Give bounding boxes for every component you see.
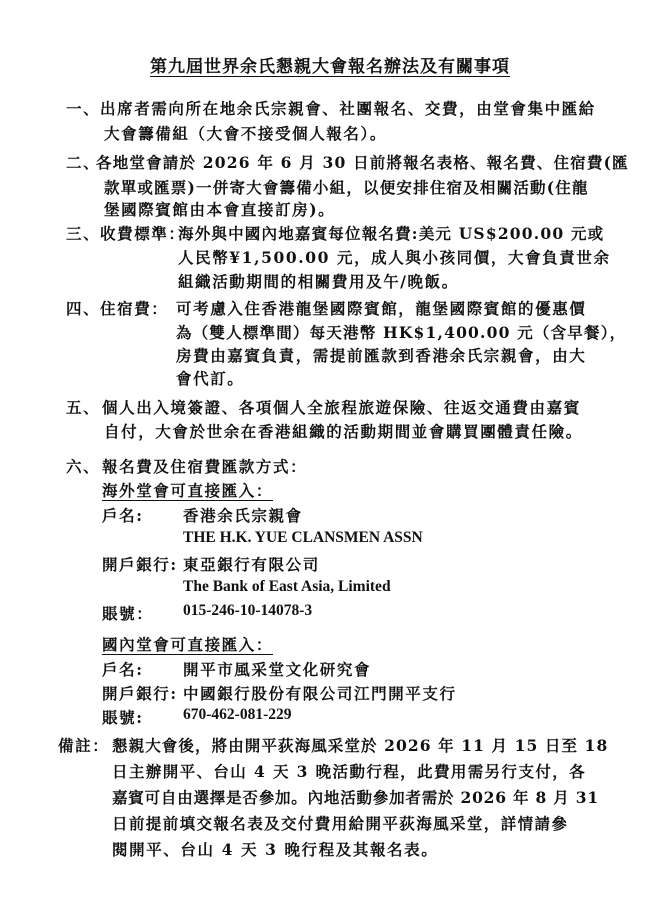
domestic-bank-zh: 中國銀行股份有限公司江門開平支行 [183,682,457,704]
remarks-line-3: 嘉賓可自由選擇是否參加。內地活動參加者需於 2026 年 8 月 31 [112,786,599,808]
remarks-label: 備註： [58,734,109,756]
domestic-heading: 國內堂會可直接匯入： [102,633,273,655]
document-page: 第九屆世界余氏懇親大會報名辦法及有關事項 一、 出席者需向所在地余氏宗親會、社團… [0,0,660,900]
item-6-line-1: 報名費及住宿費匯款方式： [102,455,307,477]
item-1-marker: 一、 [66,97,100,119]
item-4-line-2: 為（雙人標準間）每天港幣 HK$1,400.00 元（含早餐）， [176,321,626,343]
item-6-marker: 六、 [66,455,100,477]
domestic-account-no: 670-462-081-229 [183,706,292,724]
item-2-line-1: 各地堂會請於 2026 年 6 月 30 日前將報名表格、報名費、住宿費(匯 [96,151,629,173]
item-2-line-2: 款單或匯票)一併寄大會籌備小組，以便安排住宿及相關活動(住龍 [104,176,589,198]
item-5-line-1: 個人出入境簽證、各項個人全旅程旅遊保險、往返交通費由嘉賓 [102,396,581,418]
overseas-account-name-en: THE H.K. YUE CLANSMEN ASSN [183,529,423,547]
domestic-account-name-zh: 開平市風采堂文化研究會 [183,658,371,680]
item-4-label: 住宿費： [100,297,168,319]
overseas-heading: 海外堂會可直接匯入： [102,479,273,501]
remarks-line-1: 懇親大會後，將由開平荻海風采堂於 2026 年 11 月 15 日至 18 [112,734,608,756]
item-3-line-1: 海外與中國內地嘉賓每位報名費:美元 US$200.00 元或 [178,222,604,244]
document-title: 第九屆世界余氏懇親大會報名辦法及有關事項 [0,52,660,77]
item-3-label: 收費標準： [100,222,186,244]
domestic-account-name-label: 戶名: [102,658,144,680]
domestic-account-no-label: 賬號: [102,706,144,728]
item-4-line-1: 可考慮入住香港龍堡國際賓館，龍堡國際賓館的優惠價 [176,297,586,319]
remarks-line-5: 閱開平、台山 4 天 3 晚行程及其報名表。 [112,838,438,860]
overseas-bank-zh: 東亞銀行有限公司 [183,553,320,575]
remarks-line-2: 日主辦開平、台山 4 天 3 晚活動行程，此費用需另行支付，各 [112,760,586,782]
item-4-line-3: 房費由嘉賓負責，需提前匯款到香港余氏宗親會，由大 [176,344,586,366]
overseas-bank-label: 開戶銀行: [102,553,178,575]
item-4-line-4: 會代訂。 [176,367,244,389]
overseas-account-name-zh: 香港余氏宗親會 [183,504,303,526]
overseas-account-no: 015-246-10-14078-3 [183,602,312,620]
item-3-marker: 三、 [66,222,100,244]
item-2-line-3: 堡國際賓館由本會直接訂房)。 [104,198,335,220]
item-5-marker: 五、 [66,396,100,418]
overseas-account-no-label: 賬號： [102,602,153,624]
overseas-bank-en: The Bank of East Asia, Limited [183,578,391,596]
item-3-line-3: 組織活動期間的相關費用及午/晚飯。 [178,270,459,292]
overseas-account-name-label: 戶名: [102,504,144,526]
item-5-line-2: 自付，大會於世余在香港組織的活動期間並會購買團體責任險。 [104,420,583,442]
domestic-bank-label: 開戶銀行: [102,682,178,704]
remarks-line-4: 日前提前填交報名表及交付費用給開平荻海風采堂，詳情請參 [112,812,568,834]
item-4-marker: 四、 [66,297,100,319]
item-1-line-2: 大會籌備組（大會不接受個人報名）。 [104,122,387,144]
item-3-line-2: 人民幣¥1,500.00 元，成人與小孩同價，大會負責世余 [178,246,611,268]
item-1-line-1: 出席者需向所在地余氏宗親會、社團報名、交費，由堂會集中匯給 [100,97,596,119]
